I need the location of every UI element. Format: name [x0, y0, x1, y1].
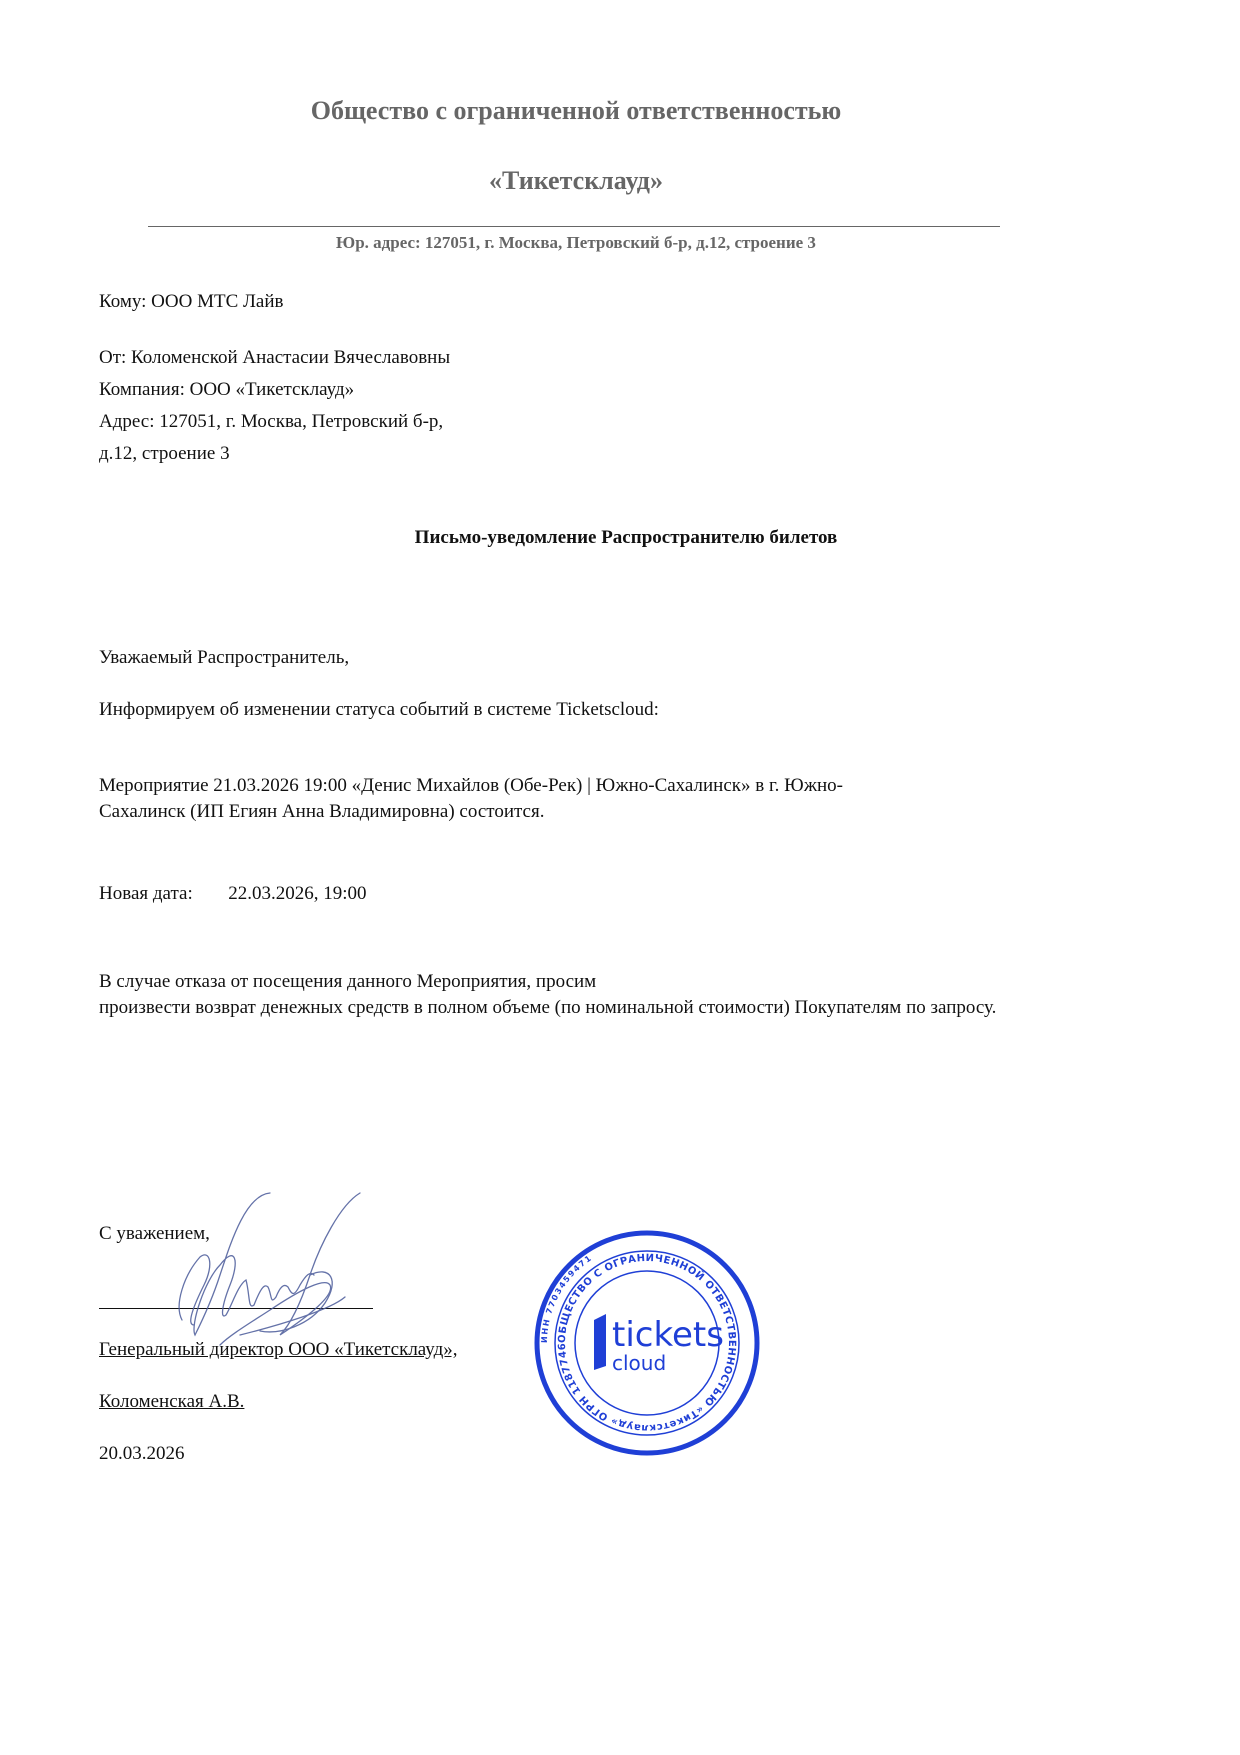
recipient-line: Кому: ООО МТС Лайв	[99, 286, 283, 318]
legal-address: Юр. адрес: 127051, г. Москва, Петровский…	[0, 233, 1152, 253]
sender-address-line2: д.12, строение 3	[99, 438, 230, 470]
closing-regards: С уважением,	[99, 1218, 210, 1250]
signer-name: Коломенская А.В.	[99, 1386, 244, 1418]
header-divider	[148, 226, 1000, 227]
greeting: Уважаемый Распространитель,	[99, 642, 349, 674]
sender-line: От: Коломенской Анастасии Вячеславовны	[99, 342, 450, 374]
letter-subject: Письмо-уведомление Распространителю биле…	[0, 527, 1240, 549]
signer-position: Генеральный директор ООО «Тикетсклауд»,	[99, 1334, 458, 1366]
refund-line-2: произвести возврат денежных средств в по…	[99, 992, 996, 1024]
company-name: «Тикетсклауд»	[0, 166, 1152, 196]
company-stamp-icon: ИНН 7703459471 ОБЩЕСТВО С ОГРАНИЧЕННОЙ О…	[532, 1228, 762, 1458]
stamp-logo-main: tickets	[612, 1315, 724, 1355]
new-date-value: 22.03.2026, 19:00	[228, 883, 366, 904]
new-date-row: Новая дата: 22.03.2026, 19:00	[99, 878, 367, 910]
sender-company: Компания: ООО «Тикетсклауд»	[99, 374, 354, 406]
event-line-2: Сахалинск (ИП Егиян Анна Владимировна) с…	[99, 796, 544, 828]
new-date-label: Новая дата:	[99, 883, 193, 904]
sender-address-line1: Адрес: 127051, г. Москва, Петровский б-р…	[99, 406, 443, 438]
letter-date: 20.03.2026	[99, 1438, 185, 1470]
intro-paragraph: Информируем об изменении статуса событий…	[99, 694, 659, 726]
stamp-logo-sub: cloud	[612, 1351, 666, 1375]
signature-line	[99, 1308, 373, 1309]
company-legal-form: Общество с ограниченной ответственностью	[0, 96, 1152, 126]
